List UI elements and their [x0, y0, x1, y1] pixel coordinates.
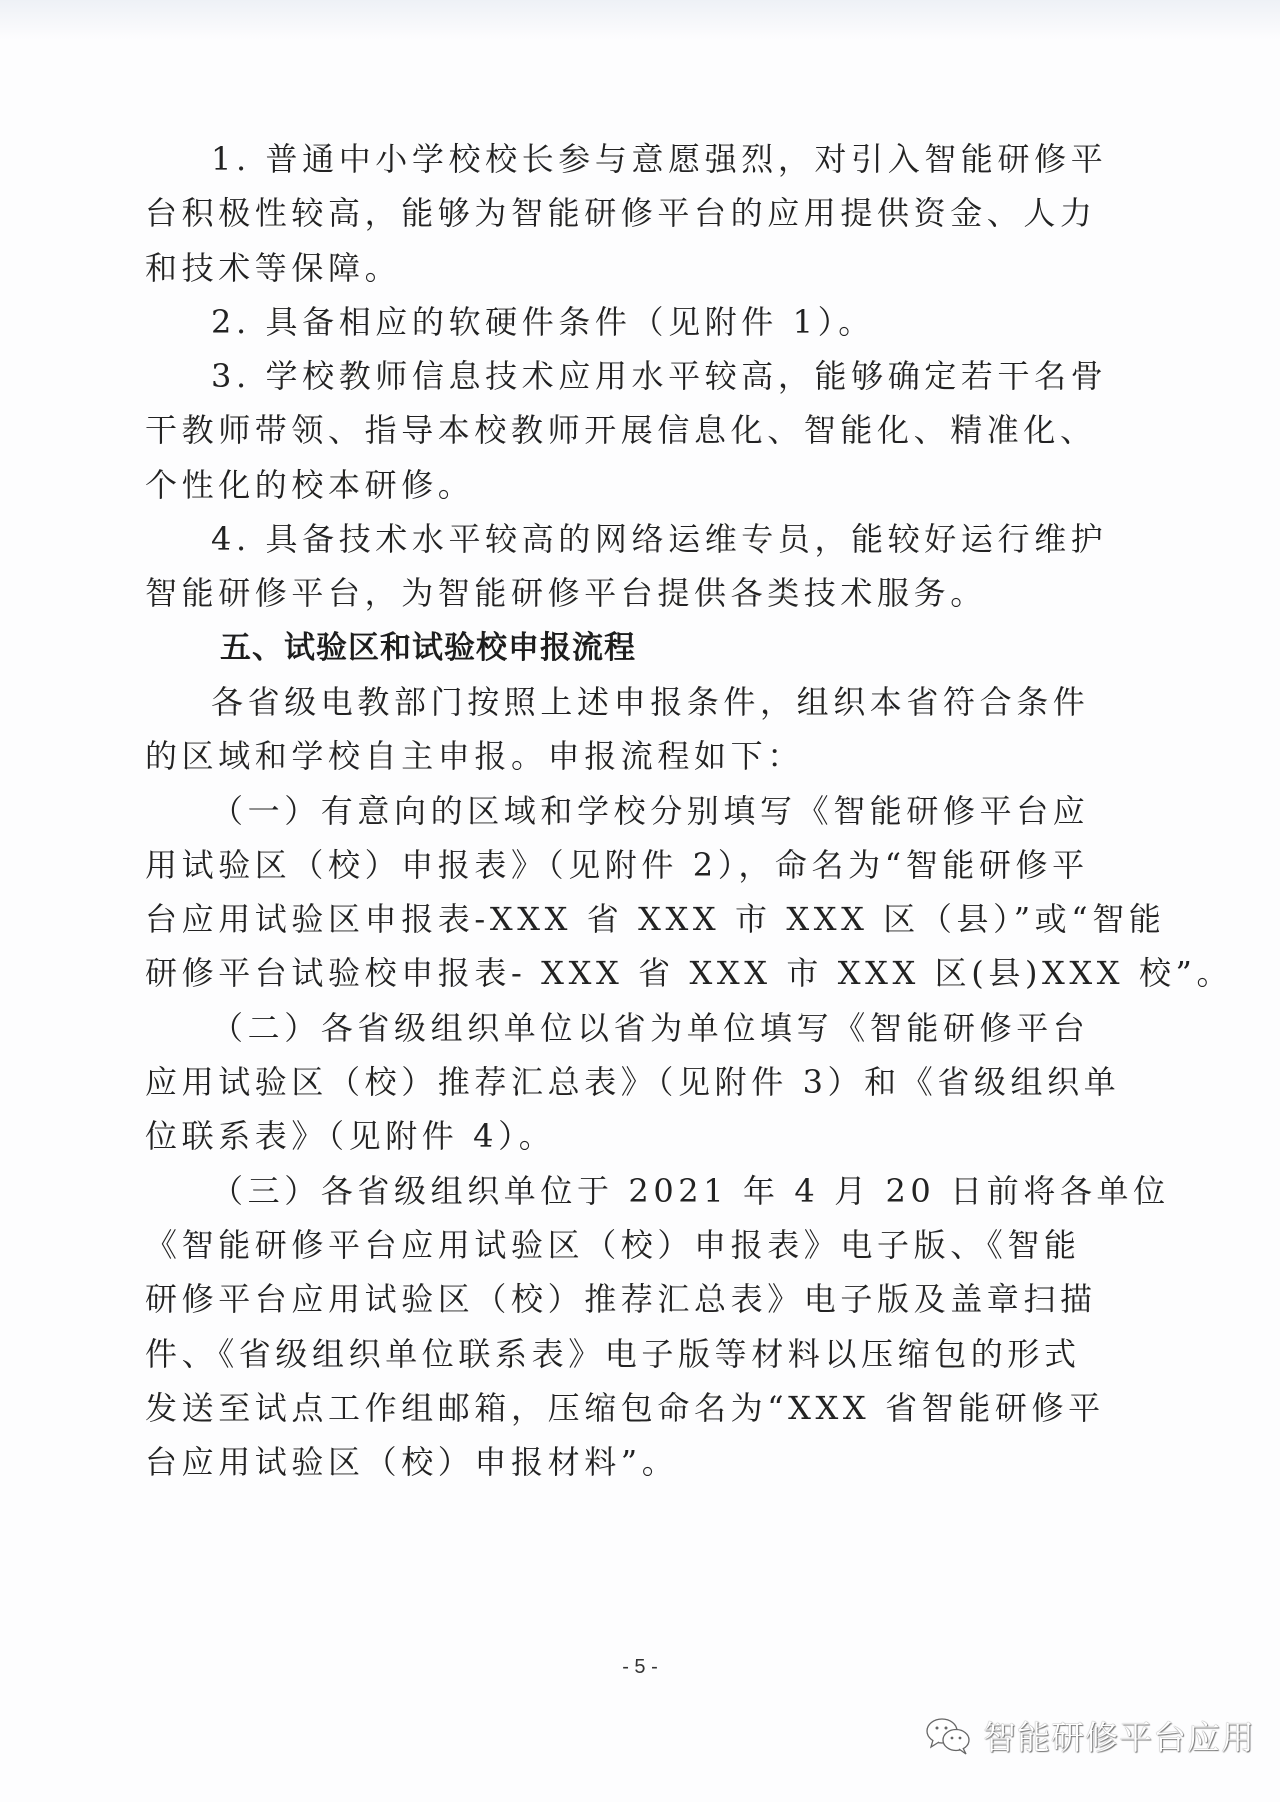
text-line: 台积极性较高，能够为智能研修平台的应用提供资金、人力: [145, 186, 1075, 240]
text-line: 各省级电教部门按照上述申报条件，组织本省符合条件: [145, 675, 1075, 729]
page-number: - 5 -: [0, 1656, 1280, 1679]
text-line: 件、《省级组织单位联系表》电子版等材料以压缩包的形式: [145, 1327, 1075, 1381]
watermark-text: 智能研修平台应用: [983, 1712, 1255, 1759]
text-line: 研修平台试验校申报表- XXX 省 XXX 市 XXX 区(县)XXX 校”。: [145, 946, 1075, 1000]
text-line: 个性化的校本研修。: [145, 458, 1075, 512]
text-line: 台应用试验区申报表-XXX 省 XXX 市 XXX 区（县）”或“智能: [145, 892, 1075, 946]
text-line: （三）各省级组织单位于 2021 年 4 月 20 日前将各单位: [145, 1164, 1075, 1218]
text-line: 智能研修平台，为智能研修平台提供各类技术服务。: [145, 566, 1075, 620]
text-line: （二）各省级组织单位以省为单位填写《智能研修平台: [145, 1001, 1075, 1055]
wechat-watermark: 智能研修平台应用: [925, 1712, 1255, 1759]
text-line: 1. 普通中小学校校长参与意愿强烈，对引入智能研修平: [145, 132, 1075, 186]
scan-edge: [0, 0, 1280, 40]
text-line: 应用试验区（校）推荐汇总表》（见附件 3）和《省级组织单: [145, 1055, 1075, 1109]
wechat-icon: [925, 1716, 975, 1756]
text-line: 位联系表》（见附件 4）。: [145, 1109, 1075, 1163]
text-line: 2. 具备相应的软硬件条件（见附件 1）。: [145, 295, 1075, 349]
text-line: 的区域和学校自主申报。申报流程如下：: [145, 729, 1075, 783]
text-line: 3. 学校教师信息技术应用水平较高，能够确定若干名骨: [145, 349, 1075, 403]
text-line: 台应用试验区（校）申报材料”。: [145, 1435, 1075, 1489]
text-line: 用试验区（校）申报表》（见附件 2），命名为“智能研修平: [145, 838, 1075, 892]
section-heading: 五、试验区和试验校申报流程: [145, 621, 1075, 675]
text-line: 和技术等保障。: [145, 241, 1075, 295]
document-body: 1. 普通中小学校校长参与意愿强烈，对引入智能研修平 台积极性较高，能够为智能研…: [145, 132, 1075, 1489]
text-line: 研修平台应用试验区（校）推荐汇总表》电子版及盖章扫描: [145, 1272, 1075, 1326]
text-line: （一）有意向的区域和学校分别填写《智能研修平台应: [145, 784, 1075, 838]
text-line: 《智能研修平台应用试验区（校）申报表》电子版、《智能: [145, 1218, 1075, 1272]
text-line: 发送至试点工作组邮箱，压缩包命名为“XXX 省智能研修平: [145, 1381, 1075, 1435]
text-line: 4. 具备技术水平较高的网络运维专员，能较好运行维护: [145, 512, 1075, 566]
text-line: 干教师带领、指导本校教师开展信息化、智能化、精准化、: [145, 403, 1075, 457]
